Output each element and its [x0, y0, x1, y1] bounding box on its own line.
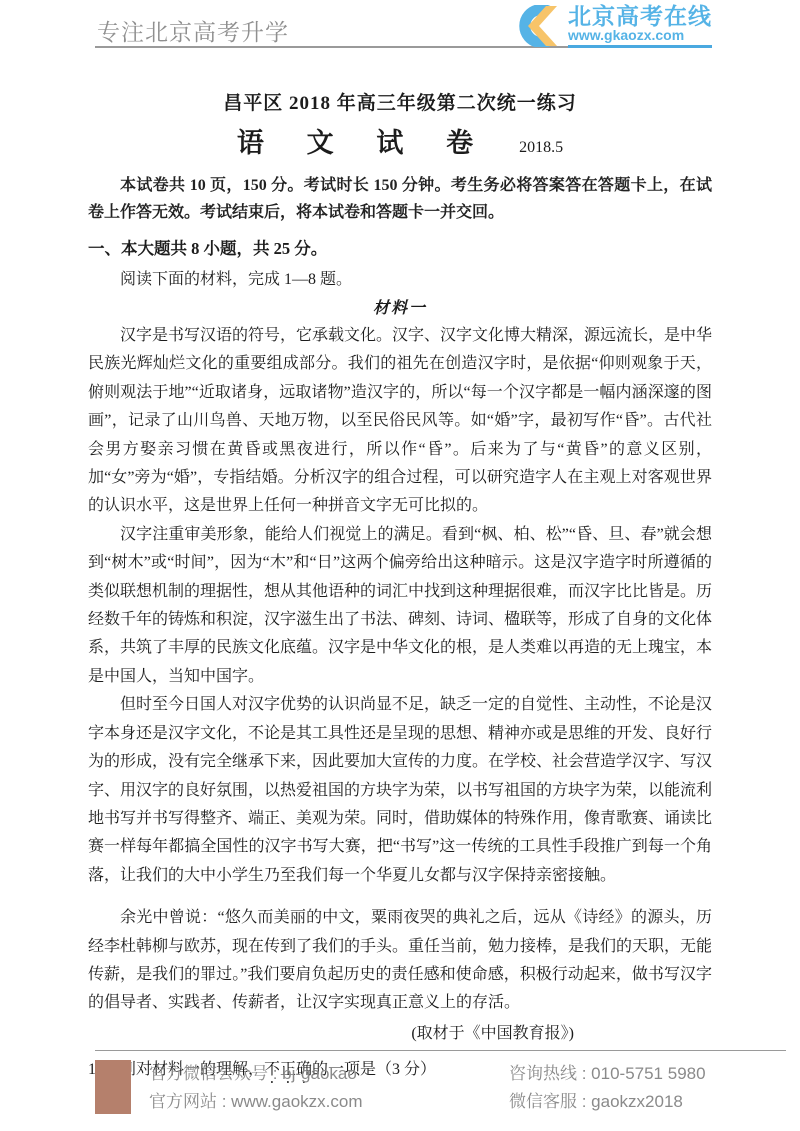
material-paragraph-4: 余光中曾说：“悠久而美丽的中文，粟雨夜哭的典礼之后，远从《诗经》的源头，历经李杜…	[88, 904, 712, 1018]
footer-wechat-official: 官方微信公众号 : bj-gaokao	[149, 1060, 479, 1088]
material-paragraph-1: 汉字是书写汉语的符号，它承载文化。汉字、汉字文化博大精深，源远流长，是中华民族光…	[88, 322, 712, 521]
reading-instruction: 阅读下面的材料，完成 1—8 题。	[88, 266, 712, 289]
material-one-title: 材料一	[88, 295, 712, 318]
section-one-heading: 一、本大题共 8 小题，共 25 分。	[88, 235, 712, 259]
footer-left-column: 官方微信公众号 : bj-gaokao 官方网站 : www.gaokzx.co…	[149, 1060, 479, 1116]
page-header: 专注北京高考升学 北京高考在线 www.gkaozx.com	[95, 0, 712, 48]
footer-hotline: 咨询热线 : 010-5751 5980	[509, 1060, 706, 1088]
document-body: 昌平区 2018 年高三年级第二次统一练习 语 文 试 卷2018.5 本试卷共…	[88, 48, 712, 1087]
material-paragraph-3: 但时至今日国人对汉字优势的认识尚显不足，缺乏一定的自觉性、主动性，不论是汉字本身…	[88, 691, 712, 890]
footer-right-column: 咨询热线 : 010-5751 5980 微信客服 : gaokzx2018	[509, 1060, 706, 1116]
footer-website: 官方网站 : www.gaokzx.com	[149, 1088, 479, 1116]
subject-row: 语 文 试 卷2018.5	[88, 121, 712, 160]
material-paragraph-2: 汉字注重审美形象，能给人们视觉上的满足。看到“枫、柏、松”“昏、旦、春”就会想到…	[88, 521, 712, 691]
exam-date: 2018.5	[519, 139, 563, 156]
exam-notice: 本试卷共 10 页，150 分。考试时长 150 分钟。考生务必将答案答在答题卡…	[88, 172, 712, 226]
footer-content: 官方微信公众号 : bj-gaokao 官方网站 : www.gaokzx.co…	[95, 1060, 712, 1116]
site-logo: 北京高考在线 www.gkaozx.com	[500, 4, 712, 48]
page-footer: 官方微信公众号 : bj-gaokao 官方网站 : www.gaokzx.co…	[0, 1050, 800, 1131]
logo-site-url: www.gkaozx.com	[568, 28, 684, 43]
logo-site-name: 北京高考在线	[568, 4, 712, 28]
subject-title: 语 文 试 卷	[237, 128, 491, 158]
header-tagline: 专注北京高考升学	[97, 14, 289, 47]
logo-text: 北京高考在线 www.gkaozx.com	[568, 4, 712, 48]
source-attribution: (取材于《中国教育报》)	[88, 1020, 712, 1043]
footer-accent-block	[95, 1060, 131, 1114]
gkzx-logo-icon	[500, 5, 562, 47]
footer-divider	[95, 1050, 786, 1051]
exam-title: 昌平区 2018 年高三年级第二次统一练习	[88, 88, 712, 115]
footer-wechat-service: 微信客服 : gaokzx2018	[509, 1088, 706, 1116]
exam-paper-page: 专注北京高考升学 北京高考在线 www.gkaozx.com 昌平区 2018 …	[0, 0, 800, 1131]
